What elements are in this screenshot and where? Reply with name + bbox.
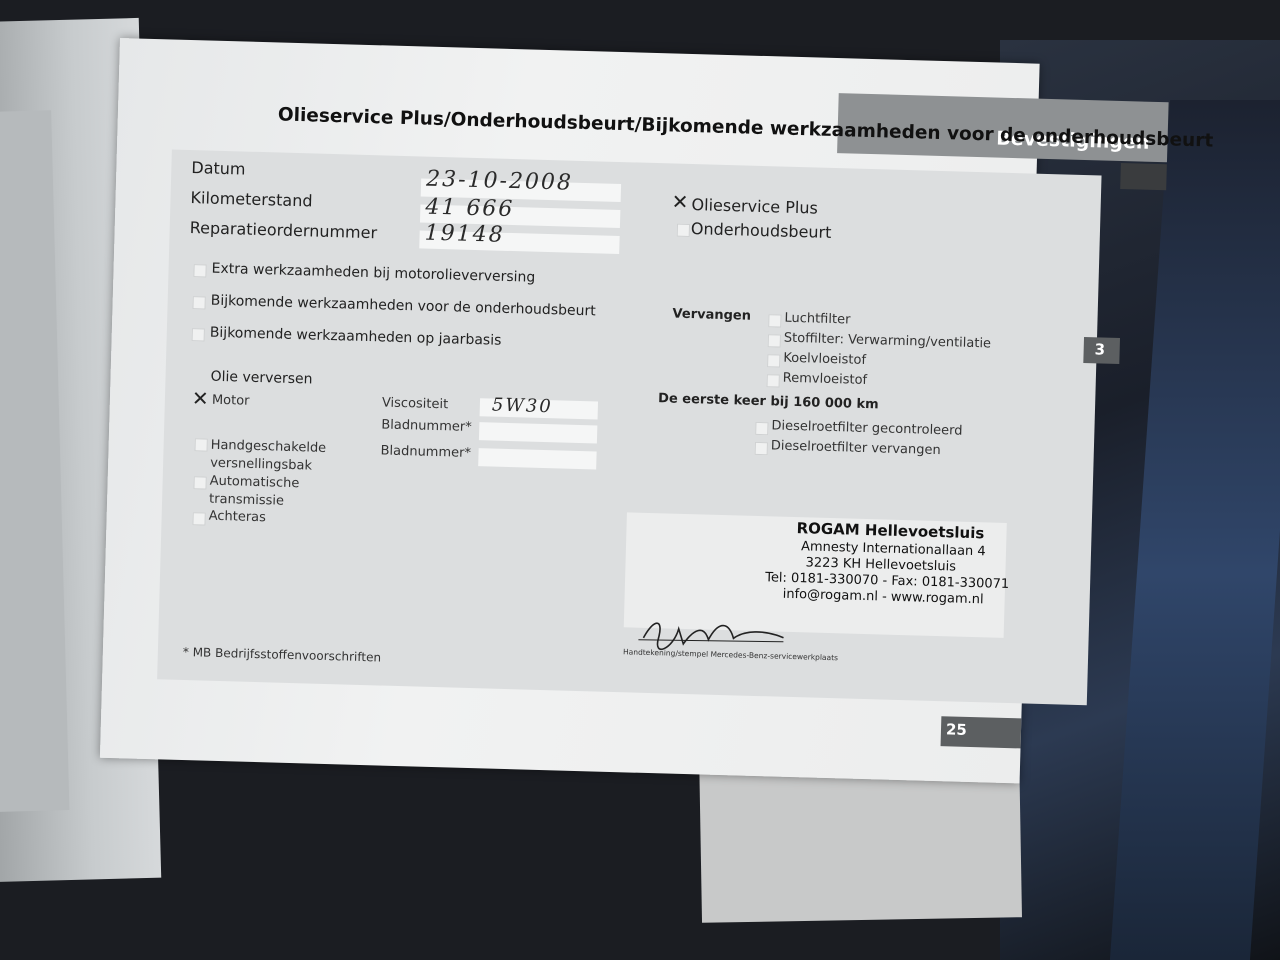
sheet-number-label-2: Bladnummer* [380, 443, 471, 461]
maintenance-work-checkbox[interactable] [192, 296, 205, 309]
mileage-value: 41 666 [425, 195, 515, 222]
oil-service-plus-option[interactable]: Olieservice Plus [691, 195, 818, 218]
date-value: 23-10-2008 [426, 167, 573, 196]
maintenance-checkbox[interactable] [677, 224, 690, 237]
replace-heading: Vervangen [672, 307, 751, 324]
dpf-replaced-checkbox[interactable] [755, 442, 768, 455]
dpf-checked-checkbox[interactable] [755, 422, 768, 435]
checkmark-x-icon: ✕ [192, 388, 209, 408]
maintenance-option[interactable]: Onderhoudsbeurt [691, 219, 832, 242]
oil-change-heading: Olie verversen [210, 369, 312, 388]
page-number: 25 [946, 720, 967, 739]
automatic-transmission-label: Automatische transmissie [209, 473, 340, 513]
brake-fluid-label: Remvloeistof [783, 371, 868, 388]
chapter-number: 3 [1094, 340, 1105, 358]
automatic-transmission-checkbox[interactable] [193, 476, 206, 489]
viscosity-label: Viscositeit [382, 395, 449, 412]
rear-axle-label: Achteras [208, 509, 266, 526]
rear-axle-checkbox[interactable] [192, 512, 205, 525]
service-booklet-page: Bevestigingen Olieservice Plus/Onderhoud… [100, 38, 1040, 783]
annual-work-checkbox[interactable] [192, 328, 205, 341]
air-filter-checkbox[interactable] [768, 314, 781, 327]
date-label: Datum [191, 158, 246, 179]
brake-fluid-checkbox[interactable] [767, 374, 780, 387]
checkmark-x-icon: ✕ [671, 191, 688, 211]
dust-filter-checkbox[interactable] [768, 334, 781, 347]
mileage-label: Kilometerstand [190, 188, 312, 210]
sheet-number-field-1[interactable] [479, 422, 597, 443]
manual-gearbox-checkbox[interactable] [194, 438, 207, 451]
viscosity-value: 5W30 [492, 395, 553, 418]
order-number-value: 19148 [424, 221, 505, 248]
coolant-checkbox[interactable] [767, 354, 780, 367]
coolant-label: Koelvloeistof [783, 351, 866, 368]
sheet-number-field-2[interactable] [478, 448, 596, 469]
manual-gearbox-label: Handgeschakelde versnellingsbak [210, 437, 341, 477]
motor-label: Motor [212, 393, 250, 409]
header-bar [1120, 163, 1167, 190]
air-filter-label: Luchtfilter [784, 311, 850, 328]
sheet-number-label-1: Bladnummer* [381, 417, 472, 435]
extra-work-checkbox[interactable] [193, 264, 206, 277]
